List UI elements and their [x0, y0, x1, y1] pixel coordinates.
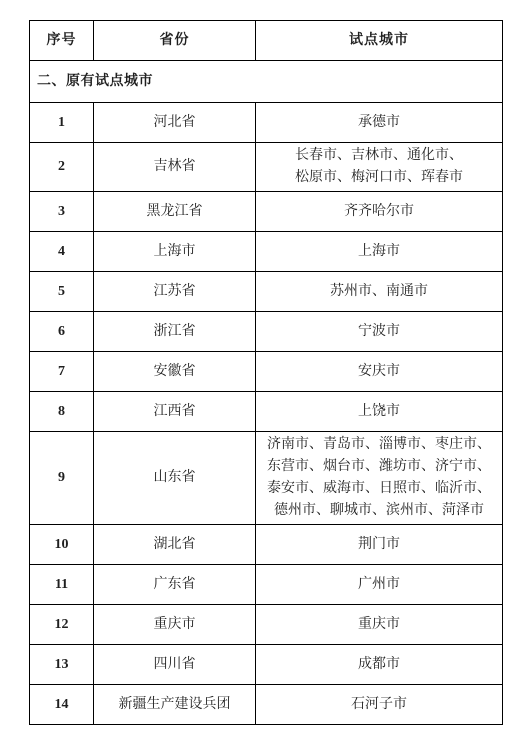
cities-cell: 广州市: [256, 565, 503, 605]
table-header: 序号 省份 试点城市: [30, 21, 503, 61]
cities-cell: 重庆市: [256, 605, 503, 645]
row-number-cell: 3: [30, 192, 94, 232]
table-row: 11 广东省 广州市: [30, 565, 503, 605]
section-label: 二、原有试点城市: [30, 61, 503, 103]
cities-cell: 承德市: [256, 103, 503, 143]
province-cell: 上海市: [94, 232, 256, 272]
row-number-cell: 8: [30, 392, 94, 432]
header-cell-province: 省份: [94, 21, 256, 61]
cities-cell: 上饶市: [256, 392, 503, 432]
province-cell: 安徽省: [94, 352, 256, 392]
cities-cell: 石河子市: [256, 685, 503, 725]
table-row: 12 重庆市 重庆市: [30, 605, 503, 645]
cities-cell: 成都市: [256, 645, 503, 685]
row-number-cell: 5: [30, 272, 94, 312]
cities-cell: 荆门市: [256, 525, 503, 565]
table-row: 9 山东省 济南市、青岛市、淄博市、枣庄市、 东营市、烟台市、潍坊市、济宁市、 …: [30, 432, 503, 525]
row-number-cell: 1: [30, 103, 94, 143]
province-cell: 广东省: [94, 565, 256, 605]
table-row: 7 安徽省 安庆市: [30, 352, 503, 392]
province-cell: 江苏省: [94, 272, 256, 312]
row-number-cell: 11: [30, 565, 94, 605]
province-cell: 黑龙江省: [94, 192, 256, 232]
header-row: 序号 省份 试点城市: [30, 21, 503, 61]
table-row: 5 江苏省 苏州市、南通市: [30, 272, 503, 312]
province-cell: 重庆市: [94, 605, 256, 645]
cities-cell: 宁波市: [256, 312, 503, 352]
province-cell: 浙江省: [94, 312, 256, 352]
pilot-cities-table: 序号 省份 试点城市 二、原有试点城市 1 河北省 承德市 2 吉林省 长春市、…: [29, 20, 503, 725]
cities-cell: 齐齐哈尔市: [256, 192, 503, 232]
province-cell: 四川省: [94, 645, 256, 685]
row-number-cell: 10: [30, 525, 94, 565]
section-row: 二、原有试点城市: [30, 61, 503, 103]
row-number-cell: 6: [30, 312, 94, 352]
table-row: 6 浙江省 宁波市: [30, 312, 503, 352]
cities-cell: 长春市、吉林市、通化市、 松原市、梅河口市、珲春市: [256, 143, 503, 192]
table-row: 14 新疆生产建设兵团 石河子市: [30, 685, 503, 725]
header-cell-cities: 试点城市: [256, 21, 503, 61]
table-row: 1 河北省 承德市: [30, 103, 503, 143]
province-cell: 河北省: [94, 103, 256, 143]
table-row: 13 四川省 成都市: [30, 645, 503, 685]
province-cell: 山东省: [94, 432, 256, 525]
table-row: 3 黑龙江省 齐齐哈尔市: [30, 192, 503, 232]
row-number-cell: 14: [30, 685, 94, 725]
document-page: 序号 省份 试点城市 二、原有试点城市 1 河北省 承德市 2 吉林省 长春市、…: [0, 0, 528, 751]
province-cell: 吉林省: [94, 143, 256, 192]
table-row: 10 湖北省 荆门市: [30, 525, 503, 565]
province-cell: 湖北省: [94, 525, 256, 565]
row-number-cell: 13: [30, 645, 94, 685]
row-number-cell: 2: [30, 143, 94, 192]
province-cell: 江西省: [94, 392, 256, 432]
row-number-cell: 12: [30, 605, 94, 645]
cities-cell: 上海市: [256, 232, 503, 272]
province-cell: 新疆生产建设兵团: [94, 685, 256, 725]
cities-cell: 安庆市: [256, 352, 503, 392]
cities-cell: 苏州市、南通市: [256, 272, 503, 312]
row-number-cell: 4: [30, 232, 94, 272]
table-row: 2 吉林省 长春市、吉林市、通化市、 松原市、梅河口市、珲春市: [30, 143, 503, 192]
row-number-cell: 7: [30, 352, 94, 392]
row-number-cell: 9: [30, 432, 94, 525]
table-row: 4 上海市 上海市: [30, 232, 503, 272]
cities-cell: 济南市、青岛市、淄博市、枣庄市、 东营市、烟台市、潍坊市、济宁市、 泰安市、威海…: [256, 432, 503, 525]
table-row: 8 江西省 上饶市: [30, 392, 503, 432]
header-cell-number: 序号: [30, 21, 94, 61]
